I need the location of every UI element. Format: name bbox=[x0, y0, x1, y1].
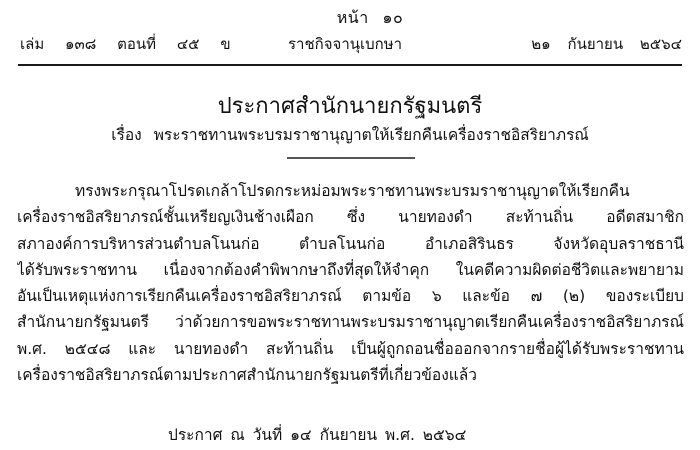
body-line: ได้รับพระราชทาน เนื่องจากต้องคำพิพากษาถึ… bbox=[17, 257, 684, 283]
announcement-date: ประกาศ ณ วันที่ ๑๔ กันยายน พ.ศ. ๒๕๖๔ bbox=[168, 422, 466, 447]
page-number-value: ๑๐ bbox=[382, 8, 403, 27]
volume-label: เล่ม bbox=[20, 35, 44, 53]
body-line: อันเป็นเหตุแห่งการเรียกคืนเครื่องราชอิสร… bbox=[17, 283, 684, 309]
body-line: สภาองค์การบริหารส่วนตำบลโนนก่อ ตำบลโนนก่… bbox=[17, 231, 684, 257]
issue-label: ตอนที่ bbox=[117, 35, 156, 53]
page-label: หน้า bbox=[337, 8, 369, 27]
body-line: เครื่องราชอิสริยาภรณ์ชั้นเหรียญเงินช้างเ… bbox=[17, 204, 684, 230]
publication-date: ๒๑ กันยายน ๒๕๖๔ bbox=[519, 32, 682, 56]
document-title: ประกาศสำนักนายกรัฐมนตรี bbox=[0, 88, 700, 123]
date-year: ๒๕๖๔ bbox=[640, 35, 682, 53]
issue-number: ๔๕ bbox=[177, 35, 200, 53]
title-divider bbox=[287, 157, 415, 159]
page-number: หน้า ๑๐ bbox=[0, 6, 700, 31]
body-line: พ.ศ. ๒๕๔๘ และ นายทองดำ สะท้านถิ่น เป็นผู… bbox=[17, 336, 684, 362]
date-day: ๒๑ bbox=[531, 35, 550, 53]
subject-label: เรื่อง bbox=[111, 126, 142, 144]
body-line: สำนักนายกรัฐมนตรี ว่าด้วยการขอพระราชทานพ… bbox=[17, 309, 684, 335]
gazette-header: เล่ม ๑๓๘ ตอนที่ ๔๕ ข ราชกิจจานุเบกษา ๒๑ … bbox=[18, 32, 682, 54]
subject-text: พระราชทานพระบรมราชานุญาตให้เรียกคืนเครื่… bbox=[154, 126, 589, 144]
body-line: ทรงพระกรุณาโปรดเกล้าโปรดกระหม่อมพระราชทา… bbox=[17, 178, 684, 204]
body-line: เครื่องราชอิสริยาภรณ์ตามประกาศสำนักนายกร… bbox=[17, 362, 684, 388]
document-body: ทรงพระกรุณาโปรดเกล้าโปรดกระหม่อมพระราชทา… bbox=[17, 178, 684, 388]
volume-number: ๑๓๘ bbox=[65, 35, 96, 53]
date-month: กันยายน bbox=[568, 35, 624, 53]
issue-type: ข bbox=[220, 35, 230, 53]
publication-name: ราชกิจจานุเบกษา bbox=[288, 32, 402, 56]
document-subject: เรื่องพระราชทานพระบรมราชานุญาตให้เรียกคื… bbox=[0, 122, 700, 147]
header-divider bbox=[18, 64, 682, 66]
volume-issue-info: เล่ม ๑๓๘ ตอนที่ ๔๕ ข bbox=[20, 32, 247, 56]
